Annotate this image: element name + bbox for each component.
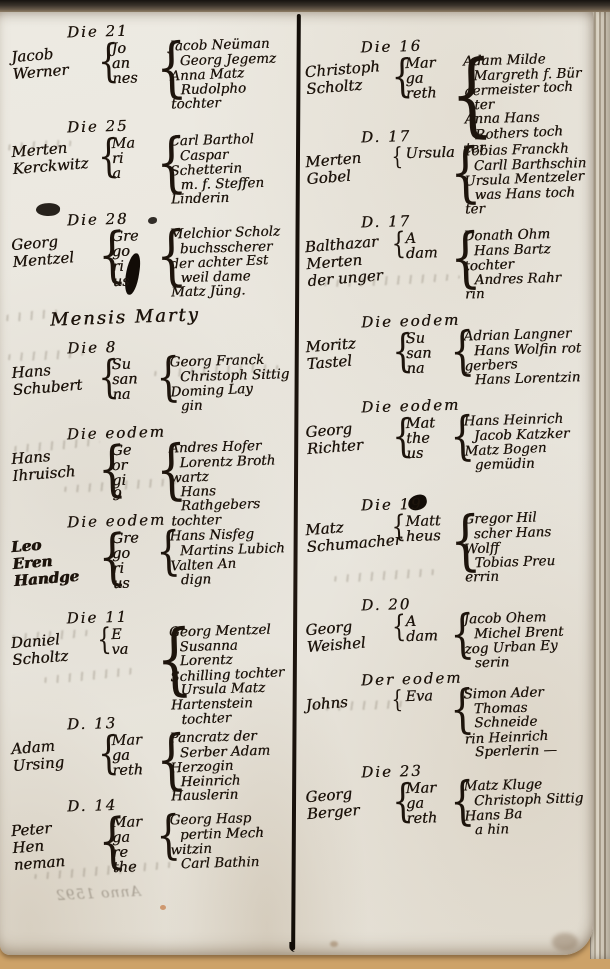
- right-column: Die 16 ChristophScholtz { Margareth { Ad…: [306, 11, 590, 969]
- sponsors-list: Adrian LangnerHans Wolfin rotgerbersHans…: [463, 326, 591, 387]
- sponsors-list: Carl BartholCasparSchetterinm. f. Steffe…: [169, 131, 293, 207]
- brace-glyph: {: [449, 512, 461, 572]
- left-column: Die 21 JacobWerner { Joannes { Jacob Neü…: [12, 11, 292, 969]
- text-line: Eva: [405, 689, 449, 705]
- text-line: errin: [465, 567, 591, 585]
- sponsors-list: Gregor Hilscher HansWolffTobias Preuerri…: [463, 509, 591, 585]
- text-line: Ursula: [405, 146, 449, 162]
- register-entry: D. 14 PeterHenneman { Margarethe { Georg…: [11, 791, 293, 879]
- brace-glyph: {: [97, 228, 109, 283]
- register-entry: D. 17 MertenGobel { Ursula { Tobias Fran…: [305, 122, 591, 221]
- parent-name: HansSchubert: [11, 358, 99, 399]
- brace-glyph: {: [97, 40, 109, 82]
- manuscript-page: Anno 1592 Die 21 JacobWerner { Joannes {…: [0, 0, 610, 969]
- register-entry: D. 17 BalthazarMertender unger { Adam { …: [305, 207, 591, 306]
- text-line: tochter: [171, 94, 293, 112]
- brace-glyph: {: [391, 513, 402, 541]
- parent-name: HansIhruisch: [10, 444, 98, 485]
- text-line: heus: [406, 529, 450, 545]
- text-line: Matz Jüng.: [171, 282, 293, 300]
- parent-name: GeorgMentzel: [11, 230, 99, 271]
- register-entry: Die 28 GeorgMentzel { Gregorius { Melchi…: [11, 205, 293, 304]
- brace-glyph: {: [391, 55, 403, 97]
- parent-name: GeorgRichter: [305, 417, 393, 458]
- text-line: Thomas Schneide: [474, 699, 591, 731]
- text-line: Linderin: [171, 189, 293, 207]
- brace-glyph: {: [155, 813, 167, 861]
- child-name: Ursula: [405, 146, 449, 162]
- brace-glyph: {: [449, 144, 461, 204]
- brace-glyph: {: [155, 529, 167, 577]
- parent-name: MertenGobel: [305, 147, 393, 188]
- brace-glyph: {: [155, 441, 167, 501]
- parent-name: MoritzTastel: [305, 332, 393, 373]
- month-heading: Mensis Marty: [50, 304, 200, 330]
- register-entry: Die eodem GeorgRichter { Mattheus { Hans…: [305, 392, 591, 477]
- brace-glyph: {: [391, 688, 402, 710]
- brace-glyph: {: [391, 230, 402, 258]
- sponsors-list: Simon AderThomas Schneiderin HeinrichSpe…: [463, 684, 591, 760]
- brace-glyph: {: [449, 687, 461, 735]
- parent-name: GeorgBerger: [305, 782, 393, 823]
- book-top-edge: [0, 0, 610, 12]
- text-line: rin: [465, 284, 591, 302]
- register-entry: Die 8 HansSchubert { Susanna { Georg Fra…: [11, 333, 293, 418]
- child-name: Eva: [405, 689, 449, 705]
- brace-glyph: {: [97, 732, 109, 774]
- text-line: Johns: [305, 690, 392, 714]
- parent-name: LeoErenHandge: [10, 532, 100, 590]
- parent-name: DanielScholtz: [10, 628, 98, 669]
- text-line: E: [111, 627, 155, 643]
- register-entry: Der eodem Johns { Eva { Simon AderThomas…: [305, 665, 591, 764]
- parent-name: JacobWerner: [11, 42, 99, 83]
- text-line: dam: [406, 629, 450, 645]
- sponsors-list: Hans HeinrichJacob KatzkerMatz Bogengemü…: [463, 411, 591, 472]
- brace-glyph: {: [449, 329, 461, 377]
- brace-glyph: {: [97, 626, 108, 654]
- brace-glyph: {: [391, 145, 402, 167]
- register-entry: Die 19 MatzSchumacher { Mattheus { Grego…: [305, 490, 591, 589]
- parent-name: ChristophScholtz: [304, 57, 392, 98]
- parent-name: BalthazarMertender unger: [304, 232, 394, 290]
- brace-glyph: {: [155, 227, 167, 287]
- parent-name: MatzSchumacher: [305, 515, 393, 556]
- brace-glyph: {: [391, 613, 402, 641]
- child-name: Mattheus: [405, 514, 450, 545]
- brace-glyph: {: [391, 330, 403, 372]
- brace-glyph: {: [155, 355, 167, 403]
- brace-glyph: {: [97, 135, 109, 177]
- sponsors-list: Jacob NeümanGeorg JegemzAnna MatzRudolph…: [169, 36, 293, 112]
- register-entry: Die eodem MoritzTastel { Susanna { Adria…: [305, 307, 591, 392]
- brace-glyph: {: [97, 530, 109, 585]
- parent-name: MertenKerckwitz: [11, 137, 99, 178]
- child-name: Adam: [405, 231, 450, 262]
- register-entry: D. 20 GeorgWeishel { Adam { Jacob OhemMi…: [305, 590, 591, 675]
- sponsors-list: Donath OhmHans BartztochterAndres Rahrri…: [463, 226, 591, 302]
- brace-glyph: {: [449, 229, 461, 289]
- child-name: Eva: [111, 627, 156, 658]
- register-entry: Die 25 MertenKerckwitz { Maria { Carl Ba…: [11, 112, 293, 211]
- register-entry: Die 21 JacobWerner { Joannes { Jacob Neü…: [11, 17, 293, 116]
- brace-glyph: {: [97, 442, 109, 497]
- parent-name: Johns: [305, 690, 392, 714]
- register-entry: Die eodem LeoErenHandge { Gregorius { Ha…: [11, 507, 293, 595]
- brace-glyph: {: [97, 814, 109, 869]
- brace-glyph: {: [449, 612, 461, 660]
- book-fore-edge: [590, 10, 610, 959]
- brace-glyph: {: [391, 415, 403, 457]
- brace-glyph: {: [155, 731, 167, 791]
- child-name: Adam: [405, 614, 450, 645]
- brace-glyph: {: [155, 625, 167, 697]
- brace-glyph: {: [155, 39, 167, 99]
- sponsors-list: Georg Hasppertin MechwitzinCarl Bathin: [169, 810, 293, 871]
- brace-glyph: {: [155, 134, 167, 194]
- sponsors-list: Jacob OhemMichel Brentzog Urban Eyserin: [463, 609, 591, 670]
- sponsors-list: Melchior Scholzbuchsschererder achter Es…: [169, 224, 293, 300]
- sponsors-list: Matz KlugeChristoph SittigHans Baa hin: [463, 776, 591, 837]
- sponsors-list: Tobias FranckhCarll BarthschinUrsula Men…: [463, 141, 591, 217]
- parent-name: GeorgWeishel: [305, 615, 393, 656]
- brace-glyph: {: [449, 779, 461, 827]
- text-line: va: [111, 642, 155, 658]
- sponsors-list: Hans NisfegMartins LubichValten Andign: [169, 526, 293, 587]
- parent-name: AdamUrsing: [11, 734, 99, 775]
- register-entry: Die 23 GeorgBerger { Margareth { Matz Kl…: [305, 757, 591, 842]
- text-line: dam: [406, 246, 450, 262]
- brace-glyph: {: [449, 414, 461, 462]
- brace-glyph: {: [391, 780, 403, 822]
- sponsors-list: Georg FranckChristoph SittigDoming Laygi…: [169, 352, 293, 413]
- parent-name: PeterHenneman: [10, 816, 100, 874]
- brace-glyph: {: [97, 356, 109, 398]
